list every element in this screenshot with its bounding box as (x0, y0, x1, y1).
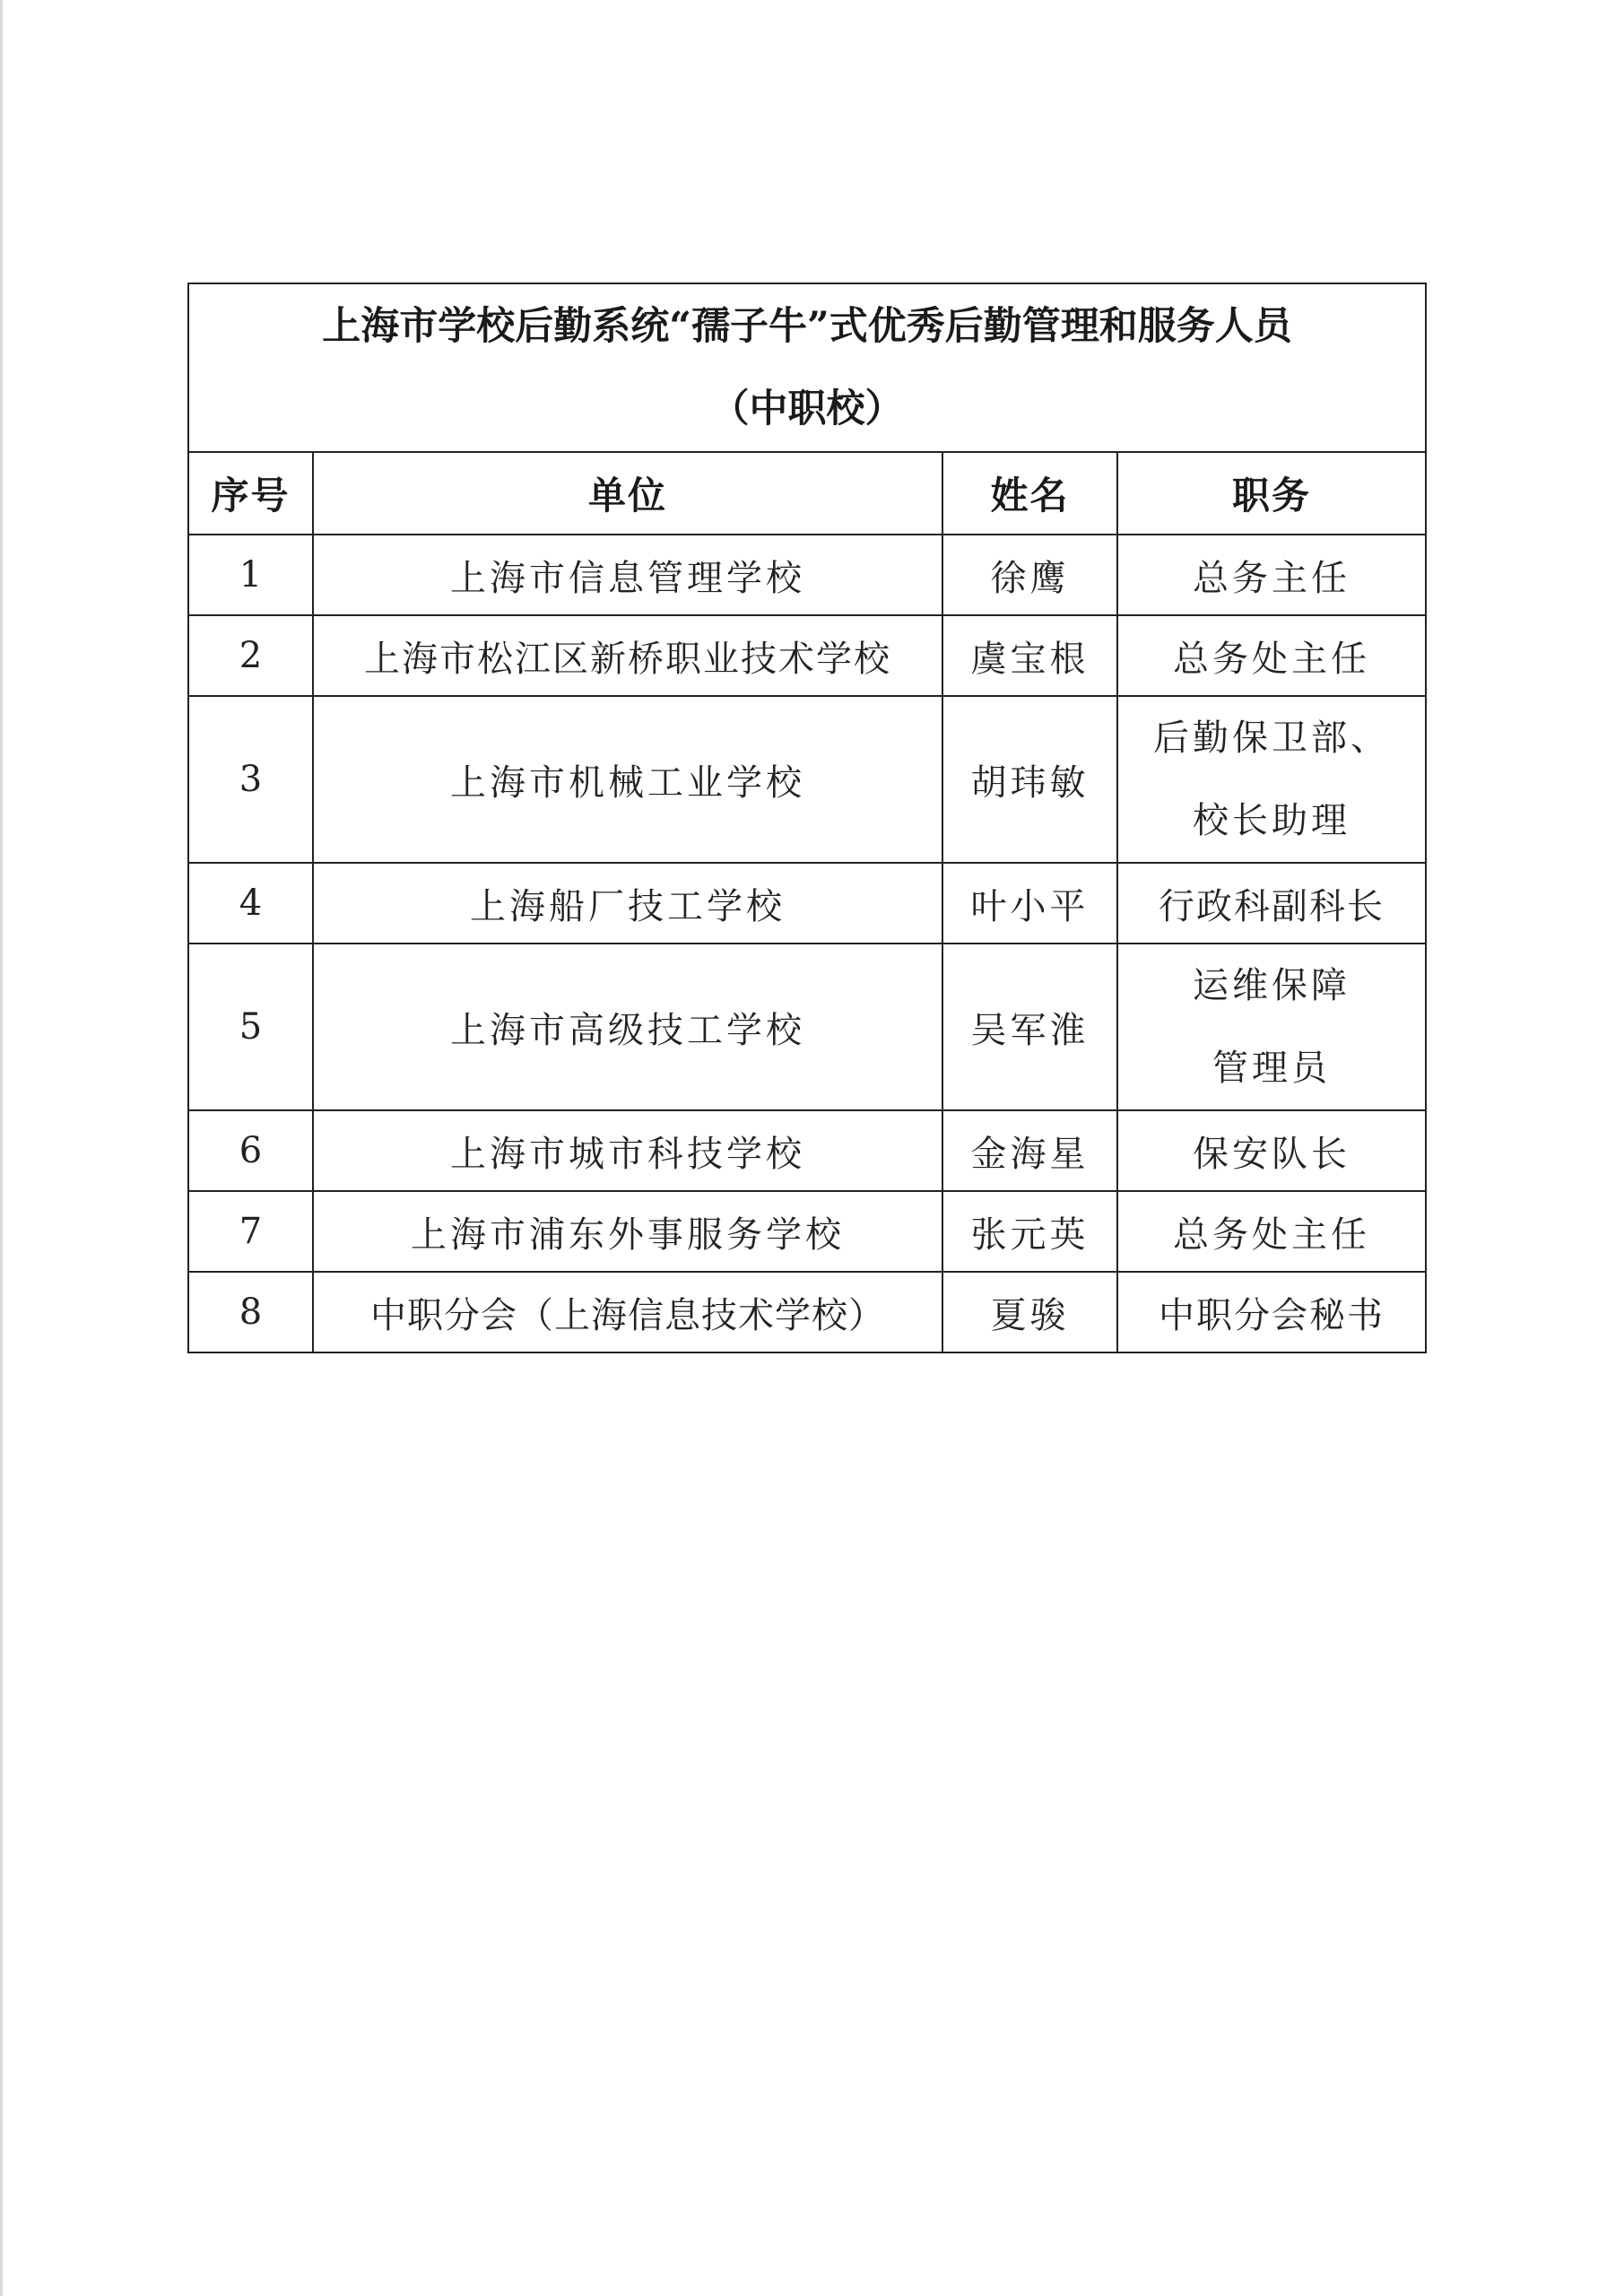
cell-unit: 上海船厂技工学校 (313, 863, 942, 944)
title-row: 上海市学校后勤系统“孺子牛”式优秀后勤管理和服务人员 （中职校） (188, 283, 1426, 452)
cell-unit: 上海市浦东外事服务学校 (313, 1191, 942, 1272)
cell-index: 1 (188, 535, 313, 615)
table-row: 7 上海市浦东外事服务学校 张元英 总务处主任 (188, 1191, 1426, 1272)
cell-position: 后勤保卫部、 校长助理 (1117, 696, 1426, 863)
cell-index: 3 (188, 696, 313, 863)
table-row: 3 上海市机械工业学校 胡玮敏 后勤保卫部、 校长助理 (188, 696, 1426, 863)
cell-name: 吴军淮 (942, 944, 1117, 1110)
position-line-1: 后勤保卫部、 (1118, 697, 1425, 779)
header-position: 职务 (1117, 452, 1426, 535)
table-row: 6 上海市城市科技学校 金海星 保安队长 (188, 1110, 1426, 1191)
cell-name: 徐鹰 (942, 535, 1117, 615)
cell-index: 5 (188, 944, 313, 1110)
position-line-2: 校长助理 (1118, 779, 1425, 862)
table-row: 2 上海市松江区新桥职业技术学校 虞宝根 总务处主任 (188, 615, 1426, 696)
table-title: 上海市学校后勤系统“孺子牛”式优秀后勤管理和服务人员 （中职校） (188, 283, 1426, 452)
cell-index: 4 (188, 863, 313, 944)
cell-unit: 中职分会（上海信息技术学校） (313, 1272, 942, 1352)
cell-unit: 上海市机械工业学校 (313, 696, 942, 863)
table-row: 8 中职分会（上海信息技术学校） 夏骏 中职分会秘书 (188, 1272, 1426, 1352)
cell-position: 行政科副科长 (1117, 863, 1426, 944)
header-index: 序号 (188, 452, 313, 535)
title-line-2: （中职校） (189, 368, 1425, 450)
cell-position: 总务处主任 (1117, 615, 1426, 696)
title-line-1: 上海市学校后勤系统“孺子牛”式优秀后勤管理和服务人员 (189, 285, 1425, 368)
cell-name: 虞宝根 (942, 615, 1117, 696)
cell-name: 张元英 (942, 1191, 1117, 1272)
award-list-table: 上海市学校后勤系统“孺子牛”式优秀后勤管理和服务人员 （中职校） 序号 单位 姓… (187, 283, 1427, 1353)
cell-name: 金海星 (942, 1110, 1117, 1191)
cell-index: 7 (188, 1191, 313, 1272)
cell-name: 叶小平 (942, 863, 1117, 944)
cell-unit: 上海市高级技工学校 (313, 944, 942, 1110)
header-unit: 单位 (313, 452, 942, 535)
header-name: 姓名 (942, 452, 1117, 535)
cell-position: 中职分会秘书 (1117, 1272, 1426, 1352)
cell-index: 6 (188, 1110, 313, 1191)
position-line-1: 运维保障 (1118, 944, 1425, 1027)
cell-position: 总务处主任 (1117, 1191, 1426, 1272)
page-edge (0, 0, 3, 2296)
cell-name: 夏骏 (942, 1272, 1117, 1352)
cell-name: 胡玮敏 (942, 696, 1117, 863)
position-line-2: 管理员 (1118, 1027, 1425, 1109)
cell-unit: 上海市信息管理学校 (313, 535, 942, 615)
table-row: 4 上海船厂技工学校 叶小平 行政科副科长 (188, 863, 1426, 944)
cell-position: 总务主任 (1117, 535, 1426, 615)
cell-position: 运维保障 管理员 (1117, 944, 1426, 1110)
cell-unit: 上海市城市科技学校 (313, 1110, 942, 1191)
cell-index: 8 (188, 1272, 313, 1352)
cell-position: 保安队长 (1117, 1110, 1426, 1191)
header-row: 序号 单位 姓名 职务 (188, 452, 1426, 535)
cell-index: 2 (188, 615, 313, 696)
table-row: 5 上海市高级技工学校 吴军淮 运维保障 管理员 (188, 944, 1426, 1110)
table-row: 1 上海市信息管理学校 徐鹰 总务主任 (188, 535, 1426, 615)
cell-unit: 上海市松江区新桥职业技术学校 (313, 615, 942, 696)
